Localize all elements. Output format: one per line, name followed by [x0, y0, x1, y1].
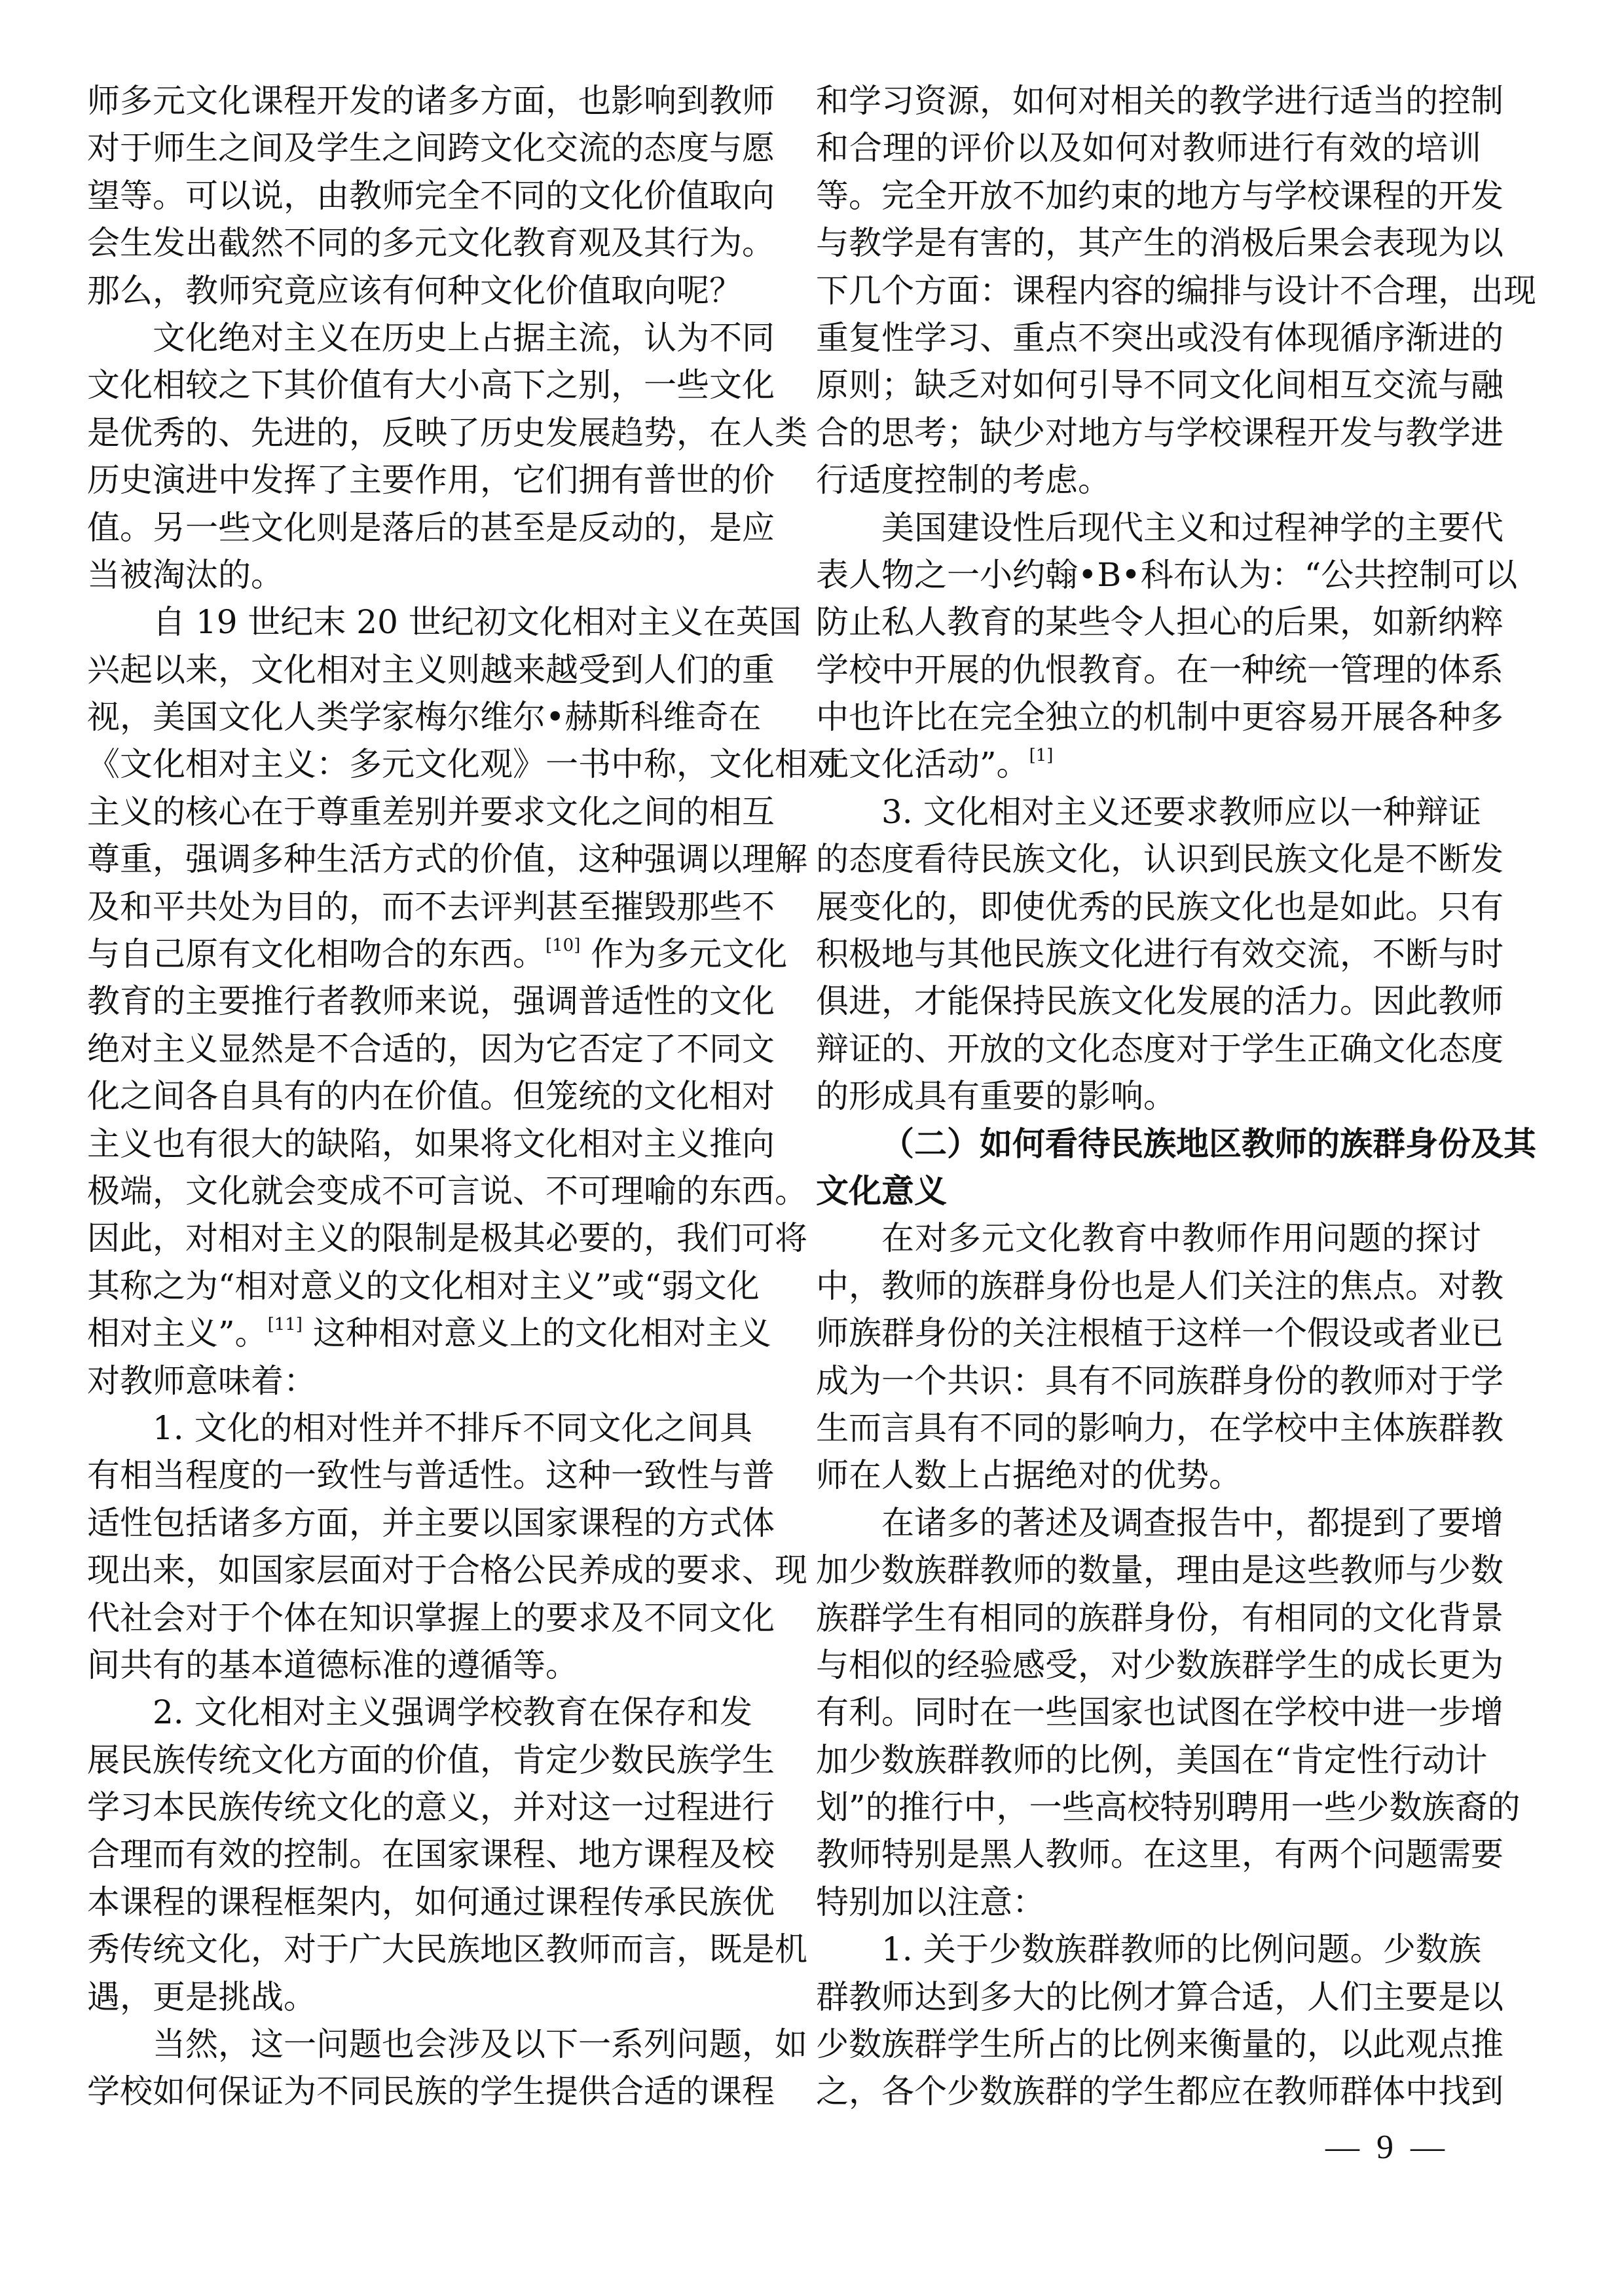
line-text: 有利。同时在一些国家也试图在学校中进一步增	[816, 1693, 1504, 1731]
text-line: 在对多元文化教育中教师作用问题的探讨	[816, 1215, 1481, 1262]
line-text: 尊重，强调多种生活方式的价值，这种强调以理解	[87, 840, 807, 878]
text-line: 因此，对相对主义的限制是极其必要的，我们可将	[87, 1215, 752, 1262]
text-line: 当被淘汰的。	[87, 551, 752, 598]
line-text: 少数族群学生所占的比例来衡量的，以此观点推	[816, 2025, 1504, 2063]
line-text: 美国建设性后现代主义和过程神学的主要代	[881, 509, 1504, 547]
line-text: 自 19 世纪末 20 世纪初文化相对主义在英国	[153, 603, 802, 641]
text-line: 合的思考；缺少对地方与学校课程开发与教学进	[816, 409, 1481, 456]
line-text: 主义的核心在于尊重差别并要求文化之间的相互	[87, 793, 775, 831]
line-text: 那么，教师究竟应该有何种文化价值取向呢？	[87, 272, 742, 310]
line-text: 学校中开展的仇恨教育。在一种统一管理的体系	[816, 651, 1504, 689]
line-text: 教师特别是黑人教师。在这里，有两个问题需要	[816, 1835, 1504, 1873]
line-text: 对教师意味着：	[87, 1362, 316, 1400]
line-text: 师族群身份的关注根植于这样一个假设或者业已	[816, 1314, 1504, 1352]
text-line: 成为一个共识：具有不同族群身份的教师对于学	[816, 1357, 1481, 1405]
line-text: 学校如何保证为不同民族的学生提供合适的课程	[87, 2072, 775, 2110]
line-text: 原则；缺乏对如何引导不同文化间相互交流与融	[816, 366, 1504, 404]
line-text: 及和平共处为目的，而不去评判甚至摧毁那些不	[87, 888, 775, 926]
line-text: 3. 文化相对主义还要求教师应以一种辩证	[881, 793, 1481, 831]
text-line: 本课程的课程框架内，如何通过课程传承民族优	[87, 1879, 752, 1926]
line-text: 积极地与其他民族文化进行有效交流，不断与时	[816, 935, 1504, 973]
text-line: 尊重，强调多种生活方式的价值，这种强调以理解	[87, 835, 752, 883]
line-text: 划”的推行中，一些高校特别聘用一些少数族裔的	[816, 1788, 1521, 1826]
right-column: 和学习资源，如何对相关的教学进行适当的控制和合理的评价以及如何对教师进行有效的培…	[816, 77, 1481, 2116]
line-text: 师多元文化课程开发的诸多方面，也影响到教师	[87, 82, 775, 120]
line-text: 生而言具有不同的影响力，在学校中主体族群教	[816, 1409, 1504, 1447]
line-text: 现出来，如国家层面对于合格公民养成的要求、现	[87, 1551, 807, 1589]
text-line: 师在人数上占据绝对的优势。	[816, 1452, 1481, 1499]
line-text: 等。完全开放不加约束的地方与学校课程的开发	[816, 177, 1504, 215]
page-number: — 9 —	[1310, 2128, 1460, 2167]
line-text: 在诸多的著述及调查报告中，都提到了要增	[881, 1504, 1504, 1542]
line-text: 绝对主义显然是不合适的，因为它否定了不同文	[87, 1030, 775, 1068]
text-line: 师多元文化课程开发的诸多方面，也影响到教师	[87, 77, 752, 124]
line-text: 对于师生之间及学生之间跨文化交流的态度与愿	[87, 129, 775, 167]
text-line: 俱进，才能保持民族文化发展的活力。因此教师	[816, 978, 1481, 1025]
line-text: 《文化相对主义：多元文化观》一书中称，文化相对	[87, 745, 840, 783]
line-text: 望等。可以说，由教师完全不同的文化价值取向	[87, 177, 775, 215]
text-line: 少数族群学生所占的比例来衡量的，以此观点推	[816, 2021, 1481, 2068]
line-text: 是优秀的、先进的，反映了历史发展趋势，在人类	[87, 414, 807, 452]
line-text: 视，美国文化人类学家梅尔维尔•赫斯科维奇在	[87, 698, 762, 736]
text-line: 重复性学习、重点不突出或没有体现循序渐进的	[816, 314, 1481, 361]
text-line: 教育的主要推行者教师来说，强调普适性的文化	[87, 978, 752, 1025]
line-text: 与相似的经验感受，对少数族群学生的成长更为	[816, 1646, 1504, 1684]
text-line: 自 19 世纪末 20 世纪初文化相对主义在英国	[87, 598, 752, 646]
line-text: 辩证的、开放的文化态度对于学生正确文化态度	[816, 1030, 1504, 1068]
section-heading-line: （二）如何看待民族地区教师的族群身份及其	[816, 1120, 1481, 1167]
line-text: 特别加以注意：	[816, 1883, 1045, 1921]
line-text: 中也许比在完全独立的机制中更容易开展各种多	[816, 698, 1504, 736]
line-text: 1. 关于少数族群教师的比例问题。少数族	[881, 1930, 1481, 1968]
text-line: 辩证的、开放的文化态度对于学生正确文化态度	[816, 1025, 1481, 1073]
line-text-continued: 作为多元文化	[580, 935, 787, 973]
text-line: 其称之为“相对意义的文化相对主义”或“弱文化	[87, 1262, 752, 1310]
line-text: 主义也有很大的缺陷，如果将文化相对主义推向	[87, 1125, 775, 1163]
text-line: 中，教师的族群身份也是人们关注的焦点。对教	[816, 1262, 1481, 1310]
line-text: 文化绝对主义在历史上占据主流，认为不同	[153, 319, 775, 357]
line-text: 适性包括诸多方面，并主要以国家课程的方式体	[87, 1504, 775, 1542]
text-line: 元文化活动”。[1]	[816, 741, 1481, 788]
line-text: 展变化的，即使优秀的民族文化也是如此。只有	[816, 888, 1504, 926]
text-line: 和合理的评价以及如何对教师进行有效的培训	[816, 124, 1481, 172]
text-line: 群教师达到多大的比例才算合适，人们主要是以	[816, 1974, 1481, 2021]
text-line: 美国建设性后现代主义和过程神学的主要代	[816, 504, 1481, 551]
line-text: 化之间各自具有的内在价值。但笼统的文化相对	[87, 1077, 775, 1115]
line-text: 文化相较之下其价值有大小高下之别，一些文化	[87, 366, 775, 404]
text-line: 之，各个少数族群的学生都应在教师群体中找到	[816, 2068, 1481, 2115]
text-line: 文化相较之下其价值有大小高下之别，一些文化	[87, 361, 752, 409]
text-line: 划”的推行中，一些高校特别聘用一些少数族裔的	[816, 1784, 1481, 1831]
text-line: 1. 关于少数族群教师的比例问题。少数族	[816, 1926, 1481, 1973]
text-line: 会生发出截然不同的多元文化教育观及其行为。	[87, 219, 752, 266]
line-text: 文化意义	[816, 1172, 947, 1210]
line-text: 防止私人教育的某些令人担心的后果，如新纳粹	[816, 603, 1504, 641]
line-text: 和合理的评价以及如何对教师进行有效的培训	[816, 129, 1481, 167]
line-text: 合理而有效的控制。在国家课程、地方课程及校	[87, 1835, 775, 1873]
text-line: 积极地与其他民族文化进行有效交流，不断与时	[816, 930, 1481, 978]
line-text: 之，各个少数族群的学生都应在教师群体中找到	[816, 2072, 1504, 2110]
line-text: 2. 文化相对主义强调学校教育在保存和发	[153, 1693, 752, 1731]
line-text: 与教学是有害的，其产生的消极后果会表现为以	[816, 224, 1504, 262]
section-heading-line: 文化意义	[816, 1167, 1481, 1215]
line-text: 和学习资源，如何对相关的教学进行适当的控制	[816, 82, 1504, 120]
line-text: 当被淘汰的。	[87, 556, 284, 594]
text-line: 中也许比在完全独立的机制中更容易开展各种多	[816, 693, 1481, 741]
line-text: 下几个方面：课程内容的编排与设计不合理，出现	[816, 272, 1536, 310]
line-text: （二）如何看待民族地区教师的族群身份及其	[881, 1125, 1536, 1163]
text-line: 原则；缺乏对如何引导不同文化间相互交流与融	[816, 361, 1481, 409]
text-line: 3. 文化相对主义还要求教师应以一种辩证	[816, 788, 1481, 835]
text-line: 文化绝对主义在历史上占据主流，认为不同	[87, 314, 752, 361]
text-line: 学校中开展的仇恨教育。在一种统一管理的体系	[816, 646, 1481, 693]
text-line: 学习本民族传统文化的意义，并对这一过程进行	[87, 1784, 752, 1831]
line-text: 本课程的课程框架内，如何通过课程传承民族优	[87, 1883, 775, 1921]
line-text: 教育的主要推行者教师来说，强调普适性的文化	[87, 982, 775, 1020]
text-line: 和学习资源，如何对相关的教学进行适当的控制	[816, 77, 1481, 124]
line-text: 重复性学习、重点不突出或没有体现循序渐进的	[816, 319, 1504, 357]
text-line: 1. 文化的相对性并不排斥不同文化之间具	[87, 1405, 752, 1452]
line-text-continued: 这种相对意义上的文化相对主义	[303, 1314, 771, 1352]
line-text: 的形成具有重要的影响。	[816, 1077, 1176, 1115]
text-line: 历史演进中发挥了主要作用，它们拥有普世的价	[87, 456, 752, 504]
text-line: 值。另一些文化则是落后的甚至是反动的，是应	[87, 504, 752, 551]
line-text: 师在人数上占据绝对的优势。	[816, 1456, 1242, 1494]
text-line: 下几个方面：课程内容的编排与设计不合理，出现	[816, 267, 1481, 314]
text-line: 展变化的，即使优秀的民族文化也是如此。只有	[816, 883, 1481, 930]
line-text: 历史演进中发挥了主要作用，它们拥有普世的价	[87, 461, 775, 499]
line-text: 俱进，才能保持民族文化发展的活力。因此教师	[816, 982, 1504, 1020]
text-line: 2. 文化相对主义强调学校教育在保存和发	[87, 1689, 752, 1736]
line-text: 中，教师的族群身份也是人们关注的焦点。对教	[816, 1267, 1504, 1305]
line-text: 相对主义”。	[87, 1314, 268, 1352]
line-text: 与自己原有文化相吻合的东西。	[87, 935, 545, 973]
line-text: 加少数族群教师的比例，美国在“肯定性行动计	[816, 1741, 1488, 1779]
text-line: 化之间各自具有的内在价值。但笼统的文化相对	[87, 1073, 752, 1120]
text-line: 现出来，如国家层面对于合格公民养成的要求、现	[87, 1547, 752, 1594]
line-text: 合的思考；缺少对地方与学校课程开发与教学进	[816, 414, 1504, 452]
text-line: 主义也有很大的缺陷，如果将文化相对主义推向	[87, 1120, 752, 1167]
text-line: 视，美国文化人类学家梅尔维尔•赫斯科维奇在	[87, 693, 752, 741]
line-text: 成为一个共识：具有不同族群身份的教师对于学	[816, 1362, 1504, 1400]
text-line: 与自己原有文化相吻合的东西。[10] 作为多元文化	[87, 930, 752, 978]
line-text: 元文化活动”。	[816, 745, 1029, 783]
text-line: 主义的核心在于尊重差别并要求文化之间的相互	[87, 788, 752, 835]
text-line: 与教学是有害的，其产生的消极后果会表现为以	[816, 219, 1481, 266]
line-text: 表人物之一小约翰•B•科布认为：“公共控制可以	[816, 556, 1517, 594]
text-line: 当然，这一问题也会涉及以下一系列问题，如	[87, 2021, 752, 2068]
line-text: 兴起以来，文化相对主义则越来越受到人们的重	[87, 651, 775, 689]
text-line: 学校如何保证为不同民族的学生提供合适的课程	[87, 2068, 752, 2115]
line-text: 群教师达到多大的比例才算合适，人们主要是以	[816, 1978, 1504, 2016]
text-line: 极端，文化就会变成不可言说、不可理喻的东西。	[87, 1167, 752, 1215]
text-line: 是优秀的、先进的，反映了历史发展趋势，在人类	[87, 409, 752, 456]
text-line: 等。完全开放不加约束的地方与学校课程的开发	[816, 172, 1481, 219]
text-line: 适性包括诸多方面，并主要以国家课程的方式体	[87, 1499, 752, 1547]
text-line: 合理而有效的控制。在国家课程、地方课程及校	[87, 1831, 752, 1878]
text-line: 望等。可以说，由教师完全不同的文化价值取向	[87, 172, 752, 219]
line-text: 因此，对相对主义的限制是极其必要的，我们可将	[87, 1219, 807, 1257]
text-line: 有相当程度的一致性与普适性。这种一致性与普	[87, 1452, 752, 1499]
left-column: 师多元文化课程开发的诸多方面，也影响到教师对于师生之间及学生之间跨文化交流的态度…	[87, 77, 752, 2116]
line-text: 学习本民族传统文化的意义，并对这一过程进行	[87, 1788, 775, 1826]
line-text: 当然，这一问题也会涉及以下一系列问题，如	[153, 2025, 807, 2063]
text-line: 教师特别是黑人教师。在这里，有两个问题需要	[816, 1831, 1481, 1878]
text-line: 表人物之一小约翰•B•科布认为：“公共控制可以	[816, 551, 1481, 598]
text-line: 对教师意味着：	[87, 1357, 752, 1405]
text-line: 加少数族群教师的数量，理由是这些教师与少数	[816, 1547, 1481, 1594]
text-line: 的态度看待民族文化，认识到民族文化是不断发	[816, 835, 1481, 883]
text-line: 绝对主义显然是不合适的，因为它否定了不同文	[87, 1025, 752, 1073]
line-text: 1. 文化的相对性并不排斥不同文化之间具	[153, 1409, 752, 1447]
text-line: 间共有的基本道德标准的遵循等。	[87, 1642, 752, 1689]
line-text: 在对多元文化教育中教师作用问题的探讨	[881, 1219, 1481, 1257]
text-line: 及和平共处为目的，而不去评判甚至摧毁那些不	[87, 883, 752, 930]
text-line: 行适度控制的考虑。	[816, 456, 1481, 504]
text-line: 族群学生有相同的族群身份，有相同的文化背景	[816, 1594, 1481, 1642]
text-line: 特别加以注意：	[816, 1879, 1481, 1926]
document-page: 师多元文化课程开发的诸多方面，也影响到教师对于师生之间及学生之间跨文化交流的态度…	[0, 0, 1624, 2295]
line-text: 其称之为“相对意义的文化相对主义”或“弱文化	[87, 1267, 760, 1305]
line-text: 的态度看待民族文化，认识到民族文化是不断发	[816, 840, 1504, 878]
text-line: 相对主义”。[11] 这种相对意义上的文化相对主义	[87, 1310, 752, 1357]
text-line: 在诸多的著述及调查报告中，都提到了要增	[816, 1499, 1481, 1547]
line-text: 行适度控制的考虑。	[816, 461, 1111, 499]
line-text: 展民族传统文化方面的价值，肯定少数民族学生	[87, 1741, 775, 1779]
text-line: 生而言具有不同的影响力，在学校中主体族群教	[816, 1405, 1481, 1452]
text-line: 加少数族群教师的比例，美国在“肯定性行动计	[816, 1736, 1481, 1784]
text-line: 防止私人教育的某些令人担心的后果，如新纳粹	[816, 598, 1481, 646]
text-line: 秀传统文化，对于广大民族地区教师而言，既是机	[87, 1926, 752, 1973]
text-line: 遇，更是挑战。	[87, 1974, 752, 2021]
line-text: 加少数族群教师的数量，理由是这些教师与少数	[816, 1551, 1504, 1589]
line-text: 代社会对于个体在知识掌握上的要求及不同文化	[87, 1599, 775, 1637]
line-text: 间共有的基本道德标准的遵循等。	[87, 1646, 578, 1684]
line-text: 遇，更是挑战。	[87, 1978, 316, 2016]
text-line: 有利。同时在一些国家也试图在学校中进一步增	[816, 1689, 1481, 1736]
text-line: 师族群身份的关注根植于这样一个假设或者业已	[816, 1310, 1481, 1357]
text-line: 兴起以来，文化相对主义则越来越受到人们的重	[87, 646, 752, 693]
text-line: 的形成具有重要的影响。	[816, 1073, 1481, 1120]
line-text: 值。另一些文化则是落后的甚至是反动的，是应	[87, 509, 775, 547]
text-line: 那么，教师究竟应该有何种文化价值取向呢？	[87, 267, 752, 314]
line-text: 有相当程度的一致性与普适性。这种一致性与普	[87, 1456, 775, 1494]
text-line: 与相似的经验感受，对少数族群学生的成长更为	[816, 1642, 1481, 1689]
citation-ref: [10]	[545, 936, 580, 955]
line-text: 会生发出截然不同的多元文化教育观及其行为。	[87, 224, 775, 262]
line-text: 极端，文化就会变成不可言说、不可理喻的东西。	[87, 1172, 807, 1210]
line-text: 秀传统文化，对于广大民族地区教师而言，既是机	[87, 1930, 807, 1968]
text-line: 展民族传统文化方面的价值，肯定少数民族学生	[87, 1736, 752, 1784]
text-line: 代社会对于个体在知识掌握上的要求及不同文化	[87, 1594, 752, 1642]
text-line: 《文化相对主义：多元文化观》一书中称，文化相对	[87, 741, 752, 788]
citation-ref: [11]	[268, 1315, 303, 1334]
citation-ref: [1]	[1029, 746, 1054, 765]
text-line: 对于师生之间及学生之间跨文化交流的态度与愿	[87, 124, 752, 172]
line-text: 族群学生有相同的族群身份，有相同的文化背景	[816, 1599, 1504, 1637]
